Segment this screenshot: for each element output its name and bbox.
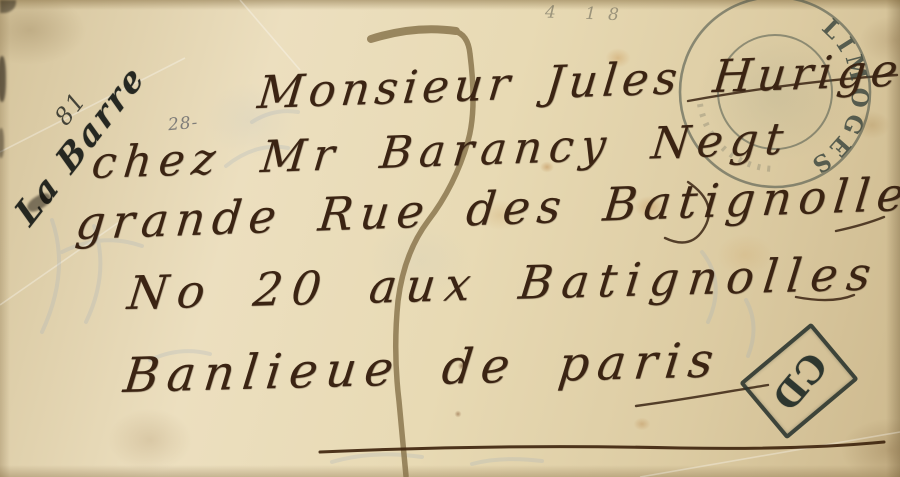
cd-box-text: CD [763,344,835,418]
letter-scan: LIMOGES 81 La Barre Monsieur Jules Hurig… [0,0,900,477]
pencil-note-left: 28- [167,113,199,136]
pencil-note-top: 4 18 [545,3,632,26]
